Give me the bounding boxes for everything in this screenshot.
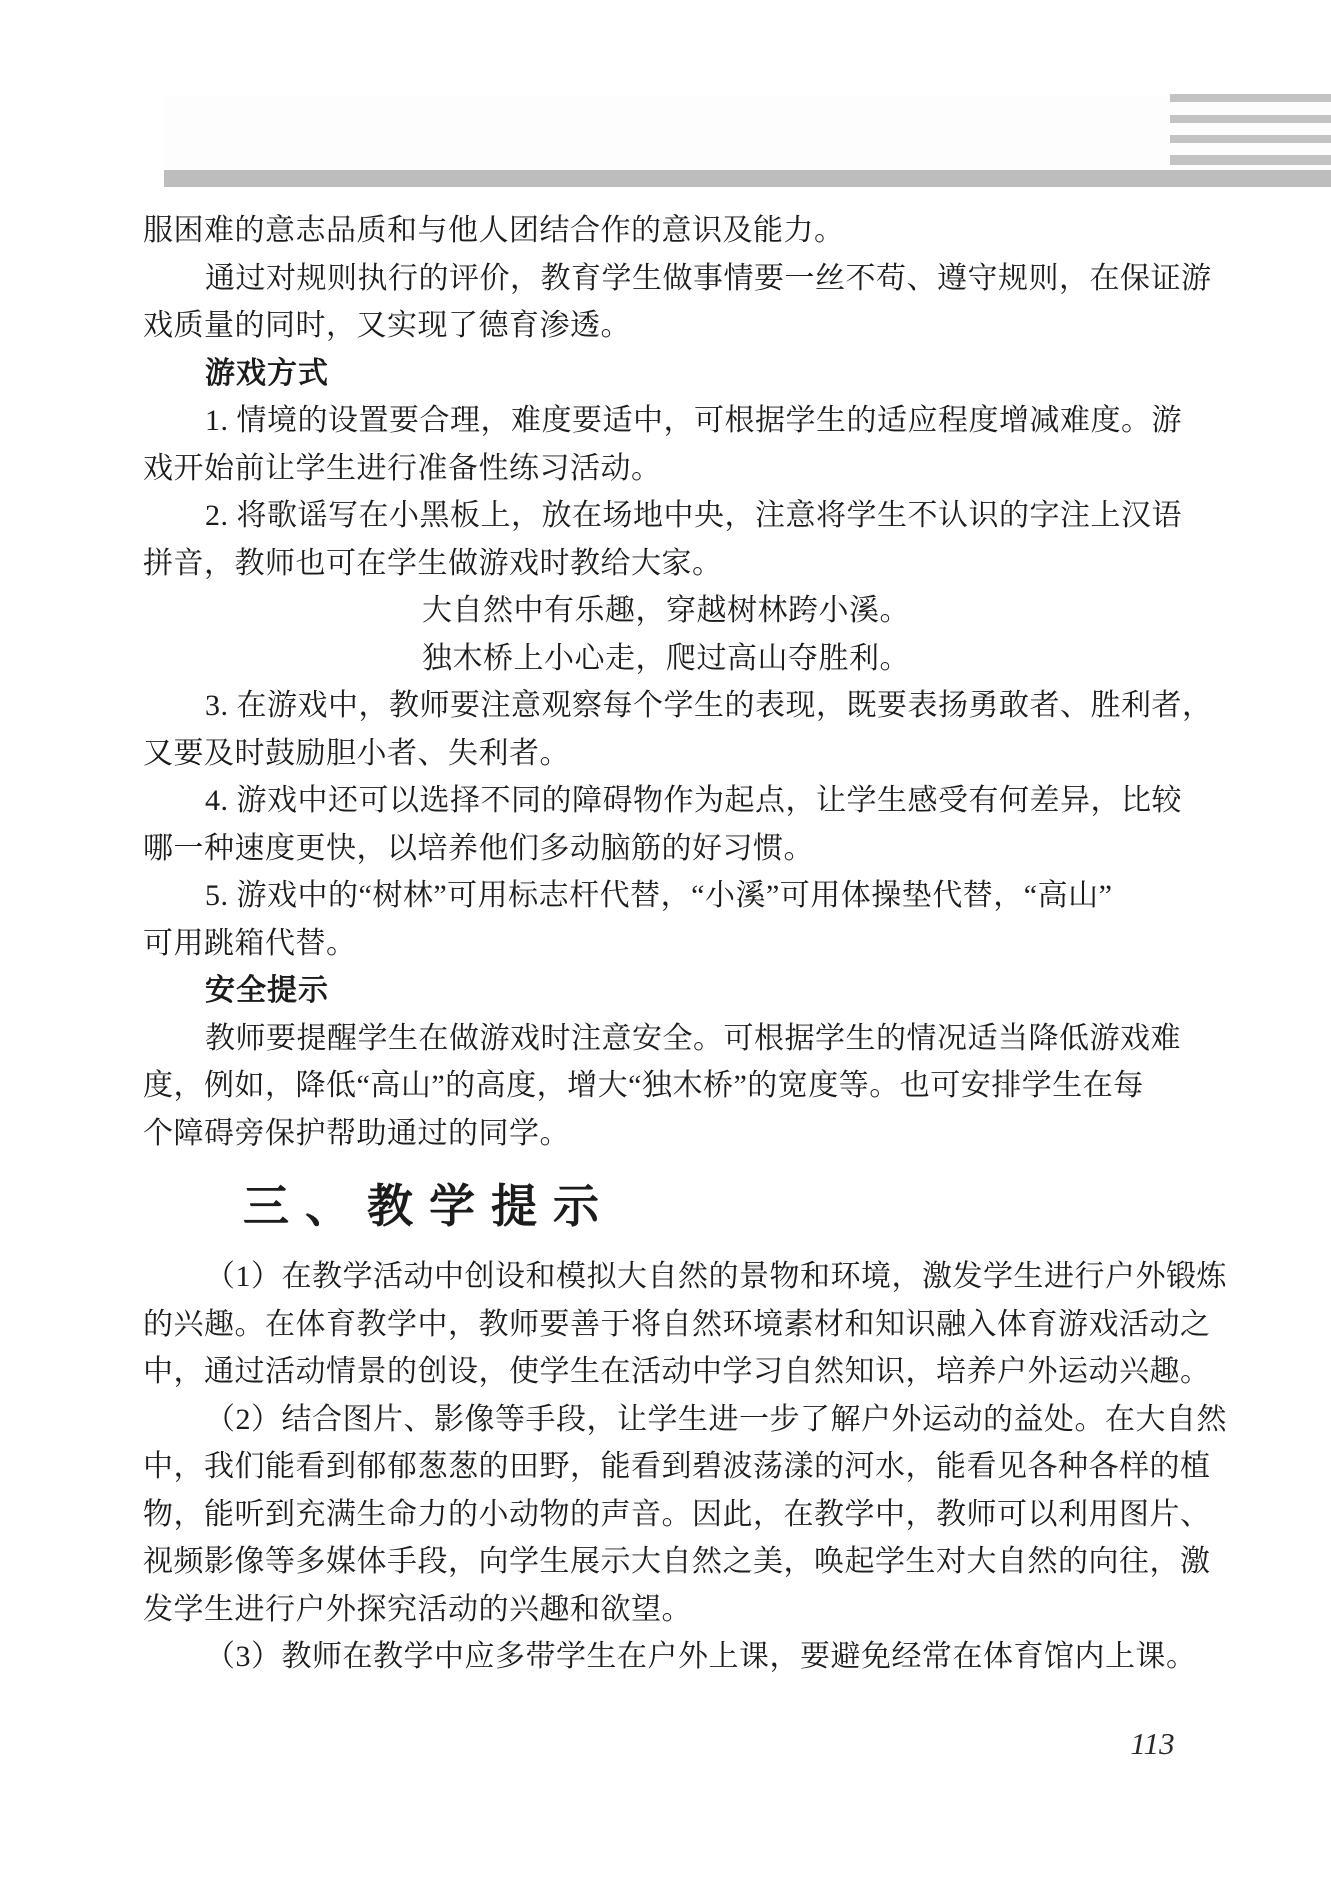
subheading: 游戏方式 <box>143 350 1189 398</box>
header-stripe-icon <box>1170 155 1331 165</box>
text-line: 度，例如，降低“高山”的高度，增大“独木桥”的宽度等。也可安排学生在每 <box>143 1062 1189 1110</box>
header-accent-bar <box>164 170 1331 187</box>
text-line: 3. 在游戏中，教师要注意观察每个学生的表现，既要表扬勇敢者、胜利者， <box>143 682 1189 730</box>
text-line: 发学生进行户外探究活动的兴趣和欲望。 <box>143 1586 1189 1634</box>
text-line: 哪一种速度更快，以培养他们多动脑筋的好习惯。 <box>143 825 1189 873</box>
page-number: 113 <box>1110 1726 1195 1762</box>
header-stripe-icon <box>1170 115 1331 123</box>
text-line: 教师要提醒学生在做游戏时注意安全。可根据学生的情况适当降低游戏难 <box>143 1015 1189 1063</box>
poem-line: 大自然中有乐趣，穿越树林跨小溪。 <box>143 587 1189 635</box>
subheading: 安全提示 <box>143 967 1189 1015</box>
text-line: 可用跳箱代替。 <box>143 920 1189 968</box>
section-heading: 三、教学提示 <box>143 1171 1189 1243</box>
text-line: 4. 游戏中还可以选择不同的障碍物作为起点，让学生感受有何差异，比较 <box>143 777 1189 825</box>
text-line: 戏质量的同时，又实现了德育渗透。 <box>143 302 1189 350</box>
text-line: （3）教师在教学中应多带学生在户外上课，要避免经常在体育馆内上课。 <box>143 1633 1189 1681</box>
text-line: 又要及时鼓励胆小者、失利者。 <box>143 730 1189 778</box>
text-line: 拼音，教师也可在学生做游戏时教给大家。 <box>143 540 1189 588</box>
text-line: 戏开始前让学生进行准备性练习活动。 <box>143 445 1189 493</box>
text-line: （2）结合图片、影像等手段，让学生进一步了解户外运动的益处。在大自然 <box>143 1396 1189 1444</box>
textbook-page: 服困难的意志品质和与他人团结合作的意识及能力。通过对规则执行的评价，教育学生做事… <box>0 0 1331 1884</box>
text-line: 通过对规则执行的评价，教育学生做事情要一丝不苟、遵守规则，在保证游 <box>143 255 1189 303</box>
text-line: 的兴趣。在体育教学中，教师要善于将自然环境素材和知识融入体育游戏活动之 <box>143 1301 1189 1349</box>
text-line: 中，通过活动情景的创设，使学生在活动中学习自然知识，培养户外运动兴趣。 <box>143 1348 1189 1396</box>
header-stripe-icon <box>1170 94 1331 102</box>
header-band <box>164 95 1331 170</box>
text-line: 服困难的意志品质和与他人团结合作的意识及能力。 <box>143 207 1189 255</box>
text-line: 物，能听到充满生命力的小动物的声音。因此，在教学中，教师可以利用图片、 <box>143 1491 1189 1539</box>
text-line: 中，我们能看到郁郁葱葱的田野，能看到碧波荡漾的河水，能看见各种各样的植 <box>143 1443 1189 1491</box>
text-line: 视频影像等多媒体手段，向学生展示大自然之美，唤起学生对大自然的向往，激 <box>143 1538 1189 1586</box>
text-line: （1）在教学活动中创设和模拟大自然的景物和环境，激发学生进行户外锻炼 <box>143 1253 1189 1301</box>
header-stripe-icon <box>1170 135 1331 143</box>
text-line: 1. 情境的设置要合理，难度要适中，可根据学生的适应程度增减难度。游 <box>143 397 1189 445</box>
text-line: 5. 游戏中的“树林”可用标志杆代替，“小溪”可用体操垫代替，“高山” <box>143 872 1189 920</box>
text-line: 2. 将歌谣写在小黑板上，放在场地中央，注意将学生不认识的字注上汉语 <box>143 492 1189 540</box>
body-text: 服困难的意志品质和与他人团结合作的意识及能力。通过对规则执行的评价，教育学生做事… <box>143 207 1189 1681</box>
poem-line: 独木桥上小心走，爬过高山夺胜利。 <box>143 635 1189 683</box>
text-line: 个障碍旁保护帮助通过的同学。 <box>143 1110 1189 1158</box>
